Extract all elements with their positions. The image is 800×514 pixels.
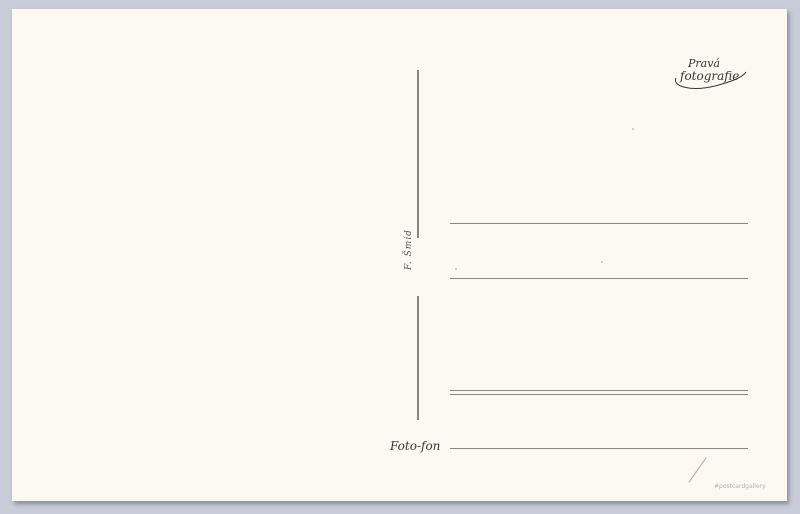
address-line-3b <box>450 394 748 395</box>
speck <box>601 261 603 263</box>
address-line-1 <box>450 223 748 224</box>
speck <box>632 128 634 130</box>
center-divider-top <box>417 70 419 238</box>
logo-line2: fotografie <box>680 69 739 83</box>
speck <box>455 268 457 270</box>
address-line-2 <box>450 278 748 279</box>
photographer-credit: F. Šmíd <box>404 229 414 270</box>
watermark: #postcardgallery <box>714 483 766 490</box>
footer-line <box>450 448 748 449</box>
address-line-3a <box>450 390 748 391</box>
publisher-label: Foto-fon <box>390 439 440 453</box>
center-divider-bottom <box>417 296 419 420</box>
